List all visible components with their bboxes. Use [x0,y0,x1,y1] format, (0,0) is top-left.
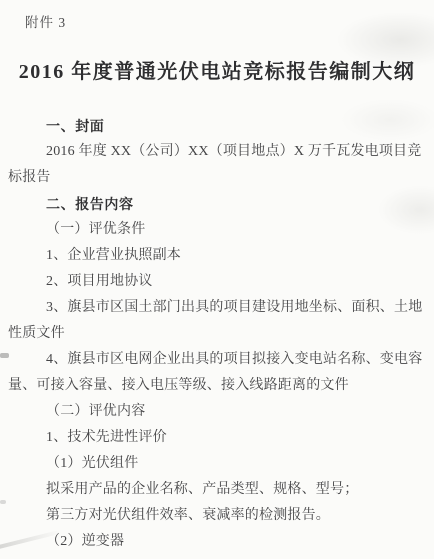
doc-line-test-report: 第三方对光伏组件效率、衰减率的检测报告。 [8,503,430,529]
attachment-label: 附件 3 [25,11,66,31]
subheading-eval-conditions: （一）评优条件 [8,217,430,243]
doc-line-project-name-cont: 标报告 [8,165,430,191]
document-title: 2016 年度普通光伏电站竞标报告编制大纲 [0,55,434,84]
subheading-eval-content: （二）评优内容 [8,399,430,425]
doc-line-item-4: 4、旗县市区电网企业出具的项目拟接入变电站名称、变电容 [8,347,430,373]
doc-line-item-1: 1、企业营业执照副本 [8,243,430,269]
doc-line-item-3: 3、旗县市区国土部门出具的项目建设用地坐标、面积、土地 [8,295,430,321]
doc-line-inverter: （2）逆变器 [8,529,430,555]
doc-line-pv-module: （1）光伏组件 [8,451,430,477]
scan-artifact-left-speck [0,500,6,504]
heading-report-content: 二、报告内容 [8,191,430,217]
doc-line-tech-evaluation: 1、技术先进性评价 [8,425,430,451]
doc-line-item-2: 2、项目用地协议 [8,269,430,295]
document-body: 一、封面 2016 年度 XX（公司）XX（项目地点）X 万千瓦发电项目竞 标报… [8,113,430,555]
doc-line-item-3-cont: 性质文件 [8,321,430,347]
doc-line-product-info: 拟采用产品的企业名称、产品类型、规格、型号； [8,477,430,503]
doc-line-item-4-cont: 量、可接入容量、接入电压等级、接入线路距离的文件 [8,373,430,399]
heading-cover: 一、封面 [8,113,430,139]
document-page: 附件 3 2016 年度普通光伏电站竞标报告编制大纲 一、封面 2016 年度 … [0,0,434,559]
doc-line-project-name: 2016 年度 XX（公司）XX（项目地点）X 万千瓦发电项目竞 [8,139,430,165]
